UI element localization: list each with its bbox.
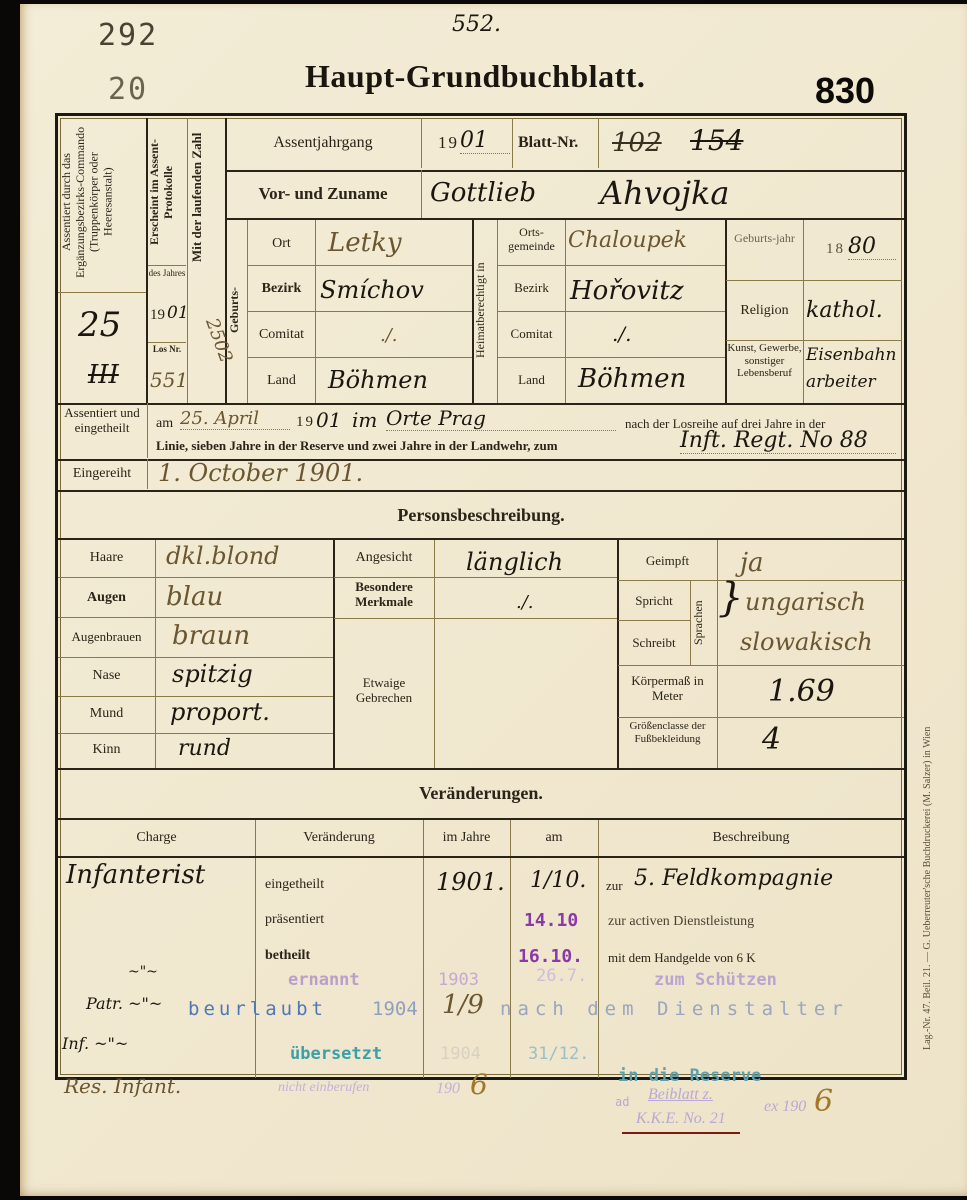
birth-comitat-label: Comitat — [248, 327, 315, 343]
change-cell: betheilt — [265, 948, 310, 964]
augen-value: blau — [166, 582, 223, 612]
mund-value: proport. — [170, 698, 270, 726]
birth-ort-value: Letky — [328, 228, 402, 258]
eingereiht-value: 1. October 1901. — [158, 459, 363, 487]
des-jahres-prefix: 19 — [150, 307, 165, 324]
eingereiht-label: Eingereiht — [58, 466, 146, 482]
enlistment-text-line2: Linie, sieben Jahre in der Reserve und z… — [156, 438, 558, 454]
column-veraenderung: Veränderung — [255, 830, 423, 846]
assentiert-value-top: 25 — [78, 305, 121, 345]
change-cell: ernannt — [288, 970, 360, 990]
assentjahrgang-label: Assentjahrgang — [228, 134, 418, 152]
domicile-group-label: Heimatberechtigt in — [474, 225, 496, 395]
charge-cell: Res. Infant. — [64, 1074, 181, 1098]
laufende-zahl-label: Mit der laufenden Zahl — [190, 122, 224, 272]
sprachen-brace-icon: } — [718, 578, 743, 618]
blatt-nr-label: Blatt-Nr. — [518, 134, 578, 152]
assentiert-value-bottom: III — [88, 360, 119, 390]
stamp-number-top: 292 — [98, 18, 158, 53]
merkmale-label: Besondere Merkmale — [334, 580, 434, 610]
birth-bezirk-value: Smíchov — [320, 276, 424, 304]
beiblatt-underline — [622, 1132, 740, 1134]
augenbrauen-label: Augenbrauen — [58, 630, 155, 645]
domicile-land-label: Land — [498, 373, 565, 388]
page-title: Haupt-Grundbuchblatt. — [305, 58, 645, 95]
birth-land-value: Böhmen — [328, 366, 428, 394]
groessenclasse-value: 4 — [762, 722, 781, 757]
domicile-ortsgemeinde-label: Orts-gemeinde — [498, 226, 565, 254]
geburtsjahr-value: 80 — [848, 234, 896, 260]
date-cell: 16.10. — [518, 946, 583, 967]
los-nr-value: 551 — [150, 368, 188, 392]
changes-section-title: Veränderungen. — [58, 783, 904, 804]
charge-cell: ~"~ — [128, 964, 158, 980]
description-cell: in die Reserve — [618, 1066, 761, 1086]
enlistment-im-label: im — [352, 408, 377, 432]
name-label: Vor- und Zuname — [228, 184, 418, 204]
enlistment-label: Assentiert und eingetheilt — [58, 406, 146, 436]
mund-label: Mund — [58, 706, 155, 722]
description-prefix-cell: zur — [606, 878, 623, 894]
nase-label: Nase — [58, 668, 155, 684]
birth-ort-label: Ort — [248, 236, 315, 252]
merkmale-value: ./. — [516, 592, 534, 613]
year-prefix-cell: 190 — [436, 1080, 460, 1098]
birth-bezirk-label: Bezirk — [248, 281, 315, 297]
handwritten-number: 552. — [452, 12, 501, 37]
date-cell: 14.10 — [524, 910, 578, 931]
year-cell: 1903 — [438, 970, 479, 990]
spricht-value: ungarisch — [745, 588, 866, 616]
column-beschreibung: Beschreibung — [598, 830, 904, 846]
side-imprint: Lag.-Nr. 47. Beil. 21. — G. Ueberreuter'… — [922, 610, 944, 1050]
description-cell: 5. Feldkompagnie — [634, 866, 833, 891]
description-section-title: Personsbeschreibung. — [58, 505, 904, 526]
column-am: am — [510, 830, 598, 846]
nase-value: spitzig — [172, 660, 253, 688]
haare-value: dkl.blond — [166, 542, 280, 570]
birth-group-label: Geburts- — [228, 225, 246, 395]
enlistment-am-label: am — [156, 416, 173, 432]
domicile-comitat-label: Comitat — [498, 327, 565, 342]
birth-comitat-value: ./. — [380, 325, 398, 346]
date-cell: 1/9 — [442, 990, 484, 1020]
des-jahres-label: des Jahres — [148, 268, 186, 278]
haare-label: Haare — [58, 550, 155, 566]
change-cell: beurlaubt — [188, 998, 327, 1020]
description-cell: nach dem Dienstalter — [500, 998, 860, 1020]
enlistment-unit-value: Inft. Regt. No 88 — [680, 428, 896, 454]
augenbrauen-value: braun — [172, 621, 250, 651]
year-cell: 6 — [470, 1068, 488, 1101]
enlistment-year-prefix: 19 — [296, 414, 315, 431]
column-charge: Charge — [58, 830, 255, 846]
geimpft-label: Geimpft — [618, 554, 717, 569]
beiblatt-line2: K.K.E. No. 21 — [636, 1110, 726, 1128]
augen-label: Augen — [58, 590, 155, 606]
spricht-label: Spricht — [618, 594, 690, 609]
beiblatt-year: 6 — [814, 1084, 833, 1119]
change-cell: präsentiert — [265, 912, 324, 928]
assentiert-durch-label: Assentiert durch das Ergänzungsbezirks-C… — [60, 122, 144, 282]
sheet-number: 830 — [815, 70, 875, 112]
domicile-bezirk-label: Bezirk — [498, 281, 565, 296]
kinn-value: rund — [178, 736, 231, 761]
birth-land-label: Land — [248, 373, 315, 389]
description-cell: zur activen Dienstleistung — [608, 914, 754, 930]
blatt-nr-struck-1: 102 — [612, 128, 662, 158]
first-name-value: Gottlieb — [430, 178, 536, 208]
des-jahres-value: 01 — [167, 303, 189, 323]
change-cell: eingetheilt — [265, 877, 324, 893]
beiblatt-line1: Beiblatt z. — [648, 1086, 713, 1104]
assentjahrgang-value: 01 — [460, 128, 510, 154]
charge-cell: Infanterist — [66, 860, 205, 890]
charge-cell: Inf. ~"~ — [62, 1034, 128, 1053]
date-cell: 26.7. — [536, 966, 587, 986]
religion-label: Religion — [726, 303, 803, 319]
change-cell: nicht einberufen — [278, 1080, 369, 1096]
enlistment-place-value: Orte Prag — [386, 406, 616, 431]
blatt-nr-struck-2: 154 — [690, 124, 743, 157]
los-nr-label: Los Nr. — [148, 344, 186, 354]
domicile-comitat-value: ./. — [612, 322, 631, 346]
last-name-value: Ahvojka — [600, 174, 729, 212]
groessenclasse-label: Größenclasse der Fußbekleidung — [618, 720, 717, 745]
description-cell: zum Schützen — [654, 970, 777, 990]
charge-cell: Patr. ~"~ — [86, 994, 162, 1013]
koerpermass-value: 1.69 — [768, 674, 835, 709]
religion-value: kathol. — [806, 298, 883, 323]
geburtsjahr-prefix: 18 — [826, 241, 845, 258]
gebrechen-label: Etwaige Gebrechen — [334, 676, 434, 706]
schreibt-value: slowakisch — [740, 628, 873, 656]
date-cell: 31/12. — [528, 1044, 589, 1064]
angesicht-label: Angesicht — [334, 550, 434, 566]
sprachen-label: Sprachen — [692, 585, 714, 661]
enlistment-year-value: 01 — [316, 408, 341, 432]
angesicht-value: länglich — [466, 548, 563, 576]
year-cell: 1901. — [436, 868, 505, 896]
beruf-value: Eisenbahnarbeiter — [806, 342, 902, 396]
assentjahrgang-prefix: 19 — [438, 133, 459, 153]
koerpermass-label: Körpermaß in Meter — [618, 674, 717, 704]
domicile-ortsgemeinde-value: Chaloupek — [568, 228, 687, 253]
kinn-label: Kinn — [58, 742, 155, 758]
change-cell: übersetzt — [290, 1044, 382, 1064]
geimpft-value: ja — [740, 548, 764, 578]
year-cell: 1904 — [440, 1044, 481, 1064]
beruf-label: Kunst, Gewerbe, sonstiger Lebensberuf — [726, 342, 803, 380]
column-im-jahre: im Jahre — [423, 830, 510, 846]
domicile-land-value: Böhmen — [578, 364, 686, 394]
year-cell: 1904 — [372, 998, 418, 1020]
date-cell: 1/10. — [530, 868, 586, 893]
stamp-number-bottom: 20 — [108, 72, 148, 107]
beiblatt-prefix: ad — [615, 1095, 629, 1109]
enlistment-date-value: 25. April — [180, 408, 290, 430]
beiblatt-suffix: ex 190 — [764, 1098, 806, 1116]
description-cell: mit dem Handgelde von 6 K — [608, 950, 756, 966]
erscheint-label: Erscheint im Assent-Protokolle — [148, 122, 186, 262]
domicile-bezirk-value: Hořovitz — [570, 276, 684, 306]
schreibt-label: Schreibt — [618, 636, 690, 651]
geburtsjahr-label: Geburts-jahr — [726, 232, 803, 246]
